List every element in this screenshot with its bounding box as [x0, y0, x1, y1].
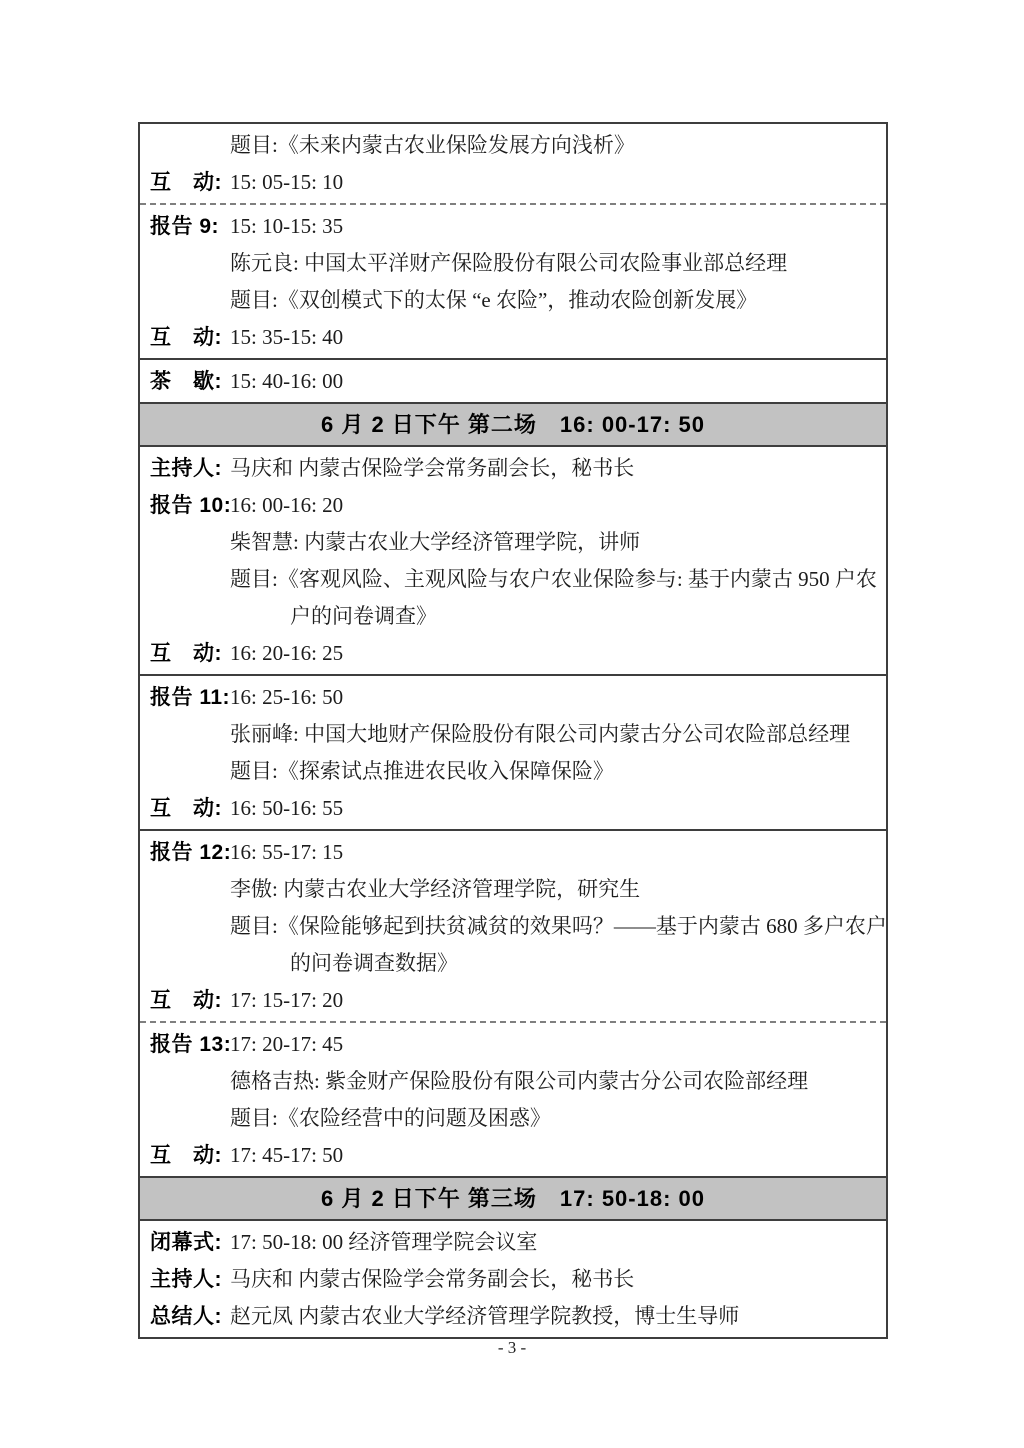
agenda-line: 主持人:马庆和 内蒙古保险学会常务副会长，秘书长: [150, 1261, 876, 1298]
agenda-text: 张丽峰: 中国大地财产保险股份有限公司内蒙古分公司农险部总经理: [230, 722, 850, 746]
agenda-text: 16: 00-16: 20: [230, 493, 343, 517]
agenda-line: 陈元良: 中国太平洋财产保险股份有限公司农险事业部总经理: [150, 245, 876, 282]
agenda-text: 李傲: 内蒙古农业大学经济管理学院，研究生: [230, 877, 640, 901]
agenda-line: 的问卷调查数据》: [150, 945, 876, 982]
agenda-label: 报告 10:: [150, 487, 230, 524]
agenda-cell: 报告 9:15: 10-15: 35陈元良: 中国太平洋财产保险股份有限公司农险…: [140, 205, 886, 360]
agenda-line: 报告 9:15: 10-15: 35: [150, 208, 876, 245]
agenda-line: 总结人:赵元凤 内蒙古农业大学经济管理学院教授，博士生导师: [150, 1298, 876, 1335]
agenda-line: 互 动:16: 20-16: 25: [150, 635, 876, 672]
agenda-line: 张丽峰: 中国大地财产保险股份有限公司内蒙古分公司农险部总经理: [150, 716, 876, 753]
agenda-text: 题目:《双创模式下的太保 “e 农险”，推动农险创新发展》: [230, 288, 757, 312]
agenda-cell: 茶 歇:15: 40-16: 00: [140, 360, 886, 404]
agenda-label: 报告 9:: [150, 208, 230, 245]
agenda-line: 题目:《客观风险、主观风险与农户农业保险参与: 基于内蒙古 950 户农: [150, 561, 876, 598]
agenda-text: 德格吉热: 紫金财产保险股份有限公司内蒙古分公司农险部经理: [230, 1069, 808, 1093]
agenda-text: 17: 15-17: 20: [230, 988, 343, 1012]
agenda-line: 题目:《保险能够起到扶贫减贫的效果吗？——基于内蒙古 680 多户农户: [150, 908, 876, 945]
agenda-line: 茶 歇:15: 40-16: 00: [150, 363, 876, 400]
agenda-text: 马庆和 内蒙古保险学会常务副会长，秘书长: [230, 456, 634, 480]
agenda-line: 题目:《农险经营中的问题及困惑》: [150, 1100, 876, 1137]
agenda-cell: 报告 12:16: 55-17: 15李傲: 内蒙古农业大学经济管理学院，研究生…: [140, 831, 886, 1023]
agenda-cell: 闭幕式:17: 50-18: 00 经济管理学院会议室主持人:马庆和 内蒙古保险…: [140, 1221, 886, 1337]
agenda-line: 主持人:马庆和 内蒙古保险学会常务副会长，秘书长: [150, 450, 876, 487]
agenda-label: 报告 12:: [150, 834, 230, 871]
agenda-text: 16: 55-17: 15: [230, 840, 343, 864]
agenda-text: 题目:《未来内蒙古农业保险发展方向浅析》: [230, 133, 635, 157]
session-header: 6 月 2 日下午 第二场 16: 00-17: 50: [140, 404, 886, 447]
agenda-text: 15: 40-16: 00: [230, 369, 343, 393]
agenda-line: 报告 10:16: 00-16: 20: [150, 487, 876, 524]
agenda-label: 主持人:: [150, 450, 230, 487]
agenda-text: 题目:《保险能够起到扶贫减贫的效果吗？——基于内蒙古 680 多户农户: [230, 914, 887, 938]
agenda-line: 题目:《双创模式下的太保 “e 农险”，推动农险创新发展》: [150, 282, 876, 319]
agenda-line: 题目:《未来内蒙古农业保险发展方向浅析》: [150, 127, 876, 164]
agenda-label: 互 动:: [150, 319, 230, 356]
agenda-text: 柴智慧: 内蒙古农业大学经济管理学院，讲师: [230, 530, 640, 554]
agenda-text: 17: 45-17: 50: [230, 1143, 343, 1167]
agenda-text: 的问卷调查数据》: [290, 951, 458, 975]
agenda-label: 报告 11:: [150, 679, 230, 716]
agenda-line: 李傲: 内蒙古农业大学经济管理学院，研究生: [150, 871, 876, 908]
agenda-line: 户的问卷调查》: [150, 598, 876, 635]
agenda-text: 题目:《农险经营中的问题及困惑》: [230, 1106, 551, 1130]
agenda-label: 主持人:: [150, 1261, 230, 1298]
agenda-label: 互 动:: [150, 790, 230, 827]
agenda-text: 17: 50-18: 00 经济管理学院会议室: [230, 1230, 537, 1254]
agenda-cell: 报告 13:17: 20-17: 45德格吉热: 紫金财产保险股份有限公司内蒙古…: [140, 1023, 886, 1178]
agenda-line: 柴智慧: 内蒙古农业大学经济管理学院，讲师: [150, 524, 876, 561]
agenda-line: 题目:《探索试点推进农民收入保障保险》: [150, 753, 876, 790]
agenda-text: 15: 35-15: 40: [230, 325, 343, 349]
conference-agenda-table: 题目:《未来内蒙古农业保险发展方向浅析》互 动:15: 05-15: 10报告 …: [138, 122, 888, 1339]
agenda-text: 16: 25-16: 50: [230, 685, 343, 709]
agenda-cell: 主持人:马庆和 内蒙古保险学会常务副会长，秘书长报告 10:16: 00-16:…: [140, 447, 886, 676]
page-number: - 3 -: [0, 1338, 1024, 1358]
agenda-label: 总结人:: [150, 1298, 230, 1335]
agenda-cell: 题目:《未来内蒙古农业保险发展方向浅析》互 动:15: 05-15: 10: [140, 124, 886, 205]
agenda-line: 互 动:16: 50-16: 55: [150, 790, 876, 827]
agenda-text: 15: 05-15: 10: [230, 170, 343, 194]
agenda-text: 赵元凤 内蒙古农业大学经济管理学院教授，博士生导师: [230, 1304, 739, 1328]
agenda-label: 互 动:: [150, 164, 230, 201]
agenda-text: 16: 50-16: 55: [230, 796, 343, 820]
agenda-label: 互 动:: [150, 1137, 230, 1174]
agenda-line: 德格吉热: 紫金财产保险股份有限公司内蒙古分公司农险部经理: [150, 1063, 876, 1100]
agenda-label: 闭幕式:: [150, 1224, 230, 1261]
agenda-line: 报告 12:16: 55-17: 15: [150, 834, 876, 871]
agenda-line: 报告 11:16: 25-16: 50: [150, 679, 876, 716]
agenda-line: 互 动:17: 45-17: 50: [150, 1137, 876, 1174]
agenda-line: 互 动:15: 05-15: 10: [150, 164, 876, 201]
agenda-text: 题目:《客观风险、主观风险与农户农业保险参与: 基于内蒙古 950 户农: [230, 567, 877, 591]
agenda-text: 陈元良: 中国太平洋财产保险股份有限公司农险事业部总经理: [230, 251, 787, 275]
agenda-text: 户的问卷调查》: [290, 604, 437, 628]
agenda-line: 闭幕式:17: 50-18: 00 经济管理学院会议室: [150, 1224, 876, 1261]
agenda-text: 15: 10-15: 35: [230, 214, 343, 238]
agenda-label: 互 动:: [150, 635, 230, 672]
agenda-line: 报告 13:17: 20-17: 45: [150, 1026, 876, 1063]
agenda-cell: 报告 11:16: 25-16: 50张丽峰: 中国大地财产保险股份有限公司内蒙…: [140, 676, 886, 831]
agenda-line: 互 动:15: 35-15: 40: [150, 319, 876, 356]
agenda-label: 茶 歇:: [150, 363, 230, 400]
agenda-line: 互 动:17: 15-17: 20: [150, 982, 876, 1019]
agenda-label: 报告 13:: [150, 1026, 230, 1063]
session-header: 6 月 2 日下午 第三场 17: 50-18: 00: [140, 1178, 886, 1221]
agenda-label: 互 动:: [150, 982, 230, 1019]
agenda-text: 17: 20-17: 45: [230, 1032, 343, 1056]
agenda-text: 题目:《探索试点推进农民收入保障保险》: [230, 759, 614, 783]
agenda-text: 马庆和 内蒙古保险学会常务副会长，秘书长: [230, 1267, 634, 1291]
agenda-text: 16: 20-16: 25: [230, 641, 343, 665]
